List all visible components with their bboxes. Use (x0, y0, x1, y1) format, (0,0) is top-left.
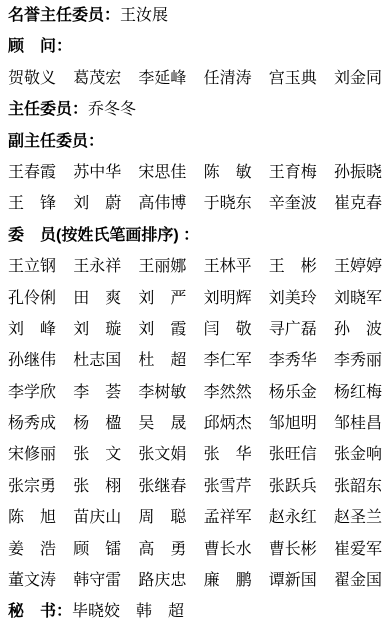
member-name: 王林平 (204, 251, 252, 282)
member-name: 孙继伟 (8, 345, 56, 376)
section-label-row-advisors: 顾 问： (0, 31, 391, 62)
member-name: 刘金同 (334, 63, 382, 94)
member-name: 张跃兵 (269, 471, 317, 502)
member-name: 杨 楹 (73, 408, 121, 439)
member-name: 邹桂昌 (334, 408, 382, 439)
member-name: 苏中华 (73, 157, 121, 188)
member-name: 姜 浩 (8, 534, 56, 565)
name-row: 姜 浩顾 镭高 勇曹长水曹长彬崔爱军 (0, 534, 391, 565)
member-name: 刘 璇 (73, 314, 121, 345)
member-name: 陈 旭 (8, 502, 56, 533)
member-name: 葛茂宏 (73, 63, 121, 94)
member-name: 王育梅 (269, 157, 317, 188)
member-name: 杜 超 (138, 345, 186, 376)
member-name: 崔爱军 (334, 534, 382, 565)
name-row: 张宗勇张 栩张继春张雪芹张跃兵张韶东 (0, 471, 391, 502)
member-name: 王 锋 (8, 188, 56, 219)
member-name: 赵永红 (269, 502, 317, 533)
member-name: 谭新国 (269, 565, 317, 596)
member-name: 任清涛 (204, 63, 252, 94)
name-row: 陈 旭苗庆山周 聪孟祥军赵永红赵圣兰 (0, 502, 391, 533)
member-name: 李 荟 (73, 377, 121, 408)
member-name: 张韶东 (334, 471, 382, 502)
section-label: 副主任委员： (8, 133, 104, 150)
member-name: 宋思佳 (138, 157, 186, 188)
member-name: 孔伶俐 (8, 283, 56, 314)
member-name: 陈 敏 (204, 157, 252, 188)
inline-names: 王汝展 (120, 7, 168, 24)
member-name: 李树敏 (138, 377, 186, 408)
member-name: 顾 镭 (73, 534, 121, 565)
member-name: 孙振晓 (334, 157, 382, 188)
member-name: 贺敬义 (8, 63, 56, 94)
member-name: 杨乐金 (269, 377, 317, 408)
member-name: 崔克春 (334, 188, 382, 219)
member-name: 张继春 (138, 471, 186, 502)
member-name: 李秀丽 (334, 345, 382, 376)
member-name: 孙 波 (334, 314, 382, 345)
member-name: 张旺信 (269, 439, 317, 470)
inline-names: 乔冬冬 (88, 101, 136, 118)
member-name: 宫玉典 (269, 63, 317, 94)
roster: 名誉主任委员：王汝展顾 问：贺敬义葛茂宏李延峰任清涛宫玉典刘金同主任委员：乔冬冬… (0, 0, 391, 628)
member-name: 王 彬 (269, 251, 317, 282)
member-name: 寻广磊 (269, 314, 317, 345)
name-row: 王 锋刘 蔚高伟博于晓东辛奎波崔克春 (0, 188, 391, 219)
member-name: 廉 鹏 (204, 565, 252, 596)
member-name: 李学欣 (8, 377, 56, 408)
member-name: 翟金国 (334, 565, 382, 596)
member-name: 吴 晟 (138, 408, 186, 439)
member-name: 周 聪 (138, 502, 186, 533)
section-label: 顾 问： (8, 38, 72, 55)
member-name: 杨红梅 (334, 377, 382, 408)
member-name: 李仁军 (204, 345, 252, 376)
member-name: 张宗勇 (8, 471, 56, 502)
member-name: 刘 霞 (138, 314, 186, 345)
section-label: 主任委员： (8, 101, 88, 118)
member-name: 王永祥 (73, 251, 121, 282)
member-name: 邱炳杰 (204, 408, 252, 439)
member-name: 王丽娜 (138, 251, 186, 282)
member-name: 张金响 (334, 439, 382, 470)
committee-roster-page: 名誉主任委员：王汝展顾 问：贺敬义葛茂宏李延峰任清涛宫玉典刘金同主任委员：乔冬冬… (0, 0, 391, 637)
member-name: 张 文 (73, 439, 121, 470)
member-name: 李延峰 (138, 63, 186, 94)
member-name: 苗庆山 (73, 502, 121, 533)
member-name: 王春霞 (8, 157, 56, 188)
member-name: 刘美玲 (269, 283, 317, 314)
member-name: 邹旭明 (269, 408, 317, 439)
name-row: 杨秀成杨 楹吴 晟邱炳杰邹旭明邹桂昌 (0, 408, 391, 439)
member-name: 于晓东 (204, 188, 252, 219)
name-row: 王立钢王永祥王丽娜王林平王 彬王婷婷 (0, 251, 391, 282)
member-name: 刘晓军 (334, 283, 382, 314)
member-name: 张文娟 (138, 439, 186, 470)
name-row: 宋修丽张 文张文娟张 华张旺信张金响 (0, 439, 391, 470)
name-row: 王春霞苏中华宋思佳陈 敏王育梅孙振晓 (0, 157, 391, 188)
name-row: 刘 峰刘 璇刘 霞闫 敬寻广磊孙 波 (0, 314, 391, 345)
member-name: 曹长彬 (269, 534, 317, 565)
member-name: 曹长水 (204, 534, 252, 565)
inline-names: 毕晓姣 韩 超 (72, 603, 184, 620)
name-row: 贺敬义葛茂宏李延峰任清涛宫玉典刘金同 (0, 63, 391, 94)
member-name: 王婷婷 (334, 251, 382, 282)
member-name: 刘明辉 (204, 283, 252, 314)
member-name: 张 栩 (73, 471, 121, 502)
member-name: 辛奎波 (269, 188, 317, 219)
name-row: 董文涛韩守雷路庆忠廉 鹏谭新国翟金国 (0, 565, 391, 596)
section-label-row-honorary-director: 名誉主任委员：王汝展 (0, 0, 391, 31)
member-name: 孟祥军 (204, 502, 252, 533)
member-name: 李秀华 (269, 345, 317, 376)
member-name: 刘 严 (138, 283, 186, 314)
section-label-row-secretaries: 秘 书：毕晓姣 韩 超 (0, 596, 391, 627)
member-name: 宋修丽 (8, 439, 56, 470)
section-label-row-deputy-directors: 副主任委员： (0, 126, 391, 157)
member-name: 杜志国 (73, 345, 121, 376)
member-name: 张雪芹 (204, 471, 252, 502)
member-name: 韩守雷 (73, 565, 121, 596)
section-label: 委 员(按姓氏笔画排序) ： (8, 227, 199, 244)
section-label-row-members: 委 员(按姓氏笔画排序) ： (0, 220, 391, 251)
member-name: 刘 蔚 (73, 188, 121, 219)
section-label: 名誉主任委员： (8, 7, 120, 24)
member-name: 王立钢 (8, 251, 56, 282)
name-row: 李学欣李 荟李树敏李然然杨乐金杨红梅 (0, 377, 391, 408)
section-label: 秘 书： (8, 603, 72, 620)
member-name: 高 勇 (138, 534, 186, 565)
member-name: 张 华 (204, 439, 252, 470)
member-name: 李然然 (204, 377, 252, 408)
member-name: 刘 峰 (8, 314, 56, 345)
member-name: 高伟博 (138, 188, 186, 219)
member-name: 路庆忠 (138, 565, 186, 596)
member-name: 杨秀成 (8, 408, 56, 439)
member-name: 赵圣兰 (334, 502, 382, 533)
name-row: 孔伶俐田 爽刘 严刘明辉刘美玲刘晓军 (0, 283, 391, 314)
member-name: 田 爽 (73, 283, 121, 314)
member-name: 闫 敬 (204, 314, 252, 345)
member-name: 董文涛 (8, 565, 56, 596)
section-label-row-director: 主任委员：乔冬冬 (0, 94, 391, 125)
name-row: 孙继伟杜志国杜 超李仁军李秀华李秀丽 (0, 345, 391, 376)
